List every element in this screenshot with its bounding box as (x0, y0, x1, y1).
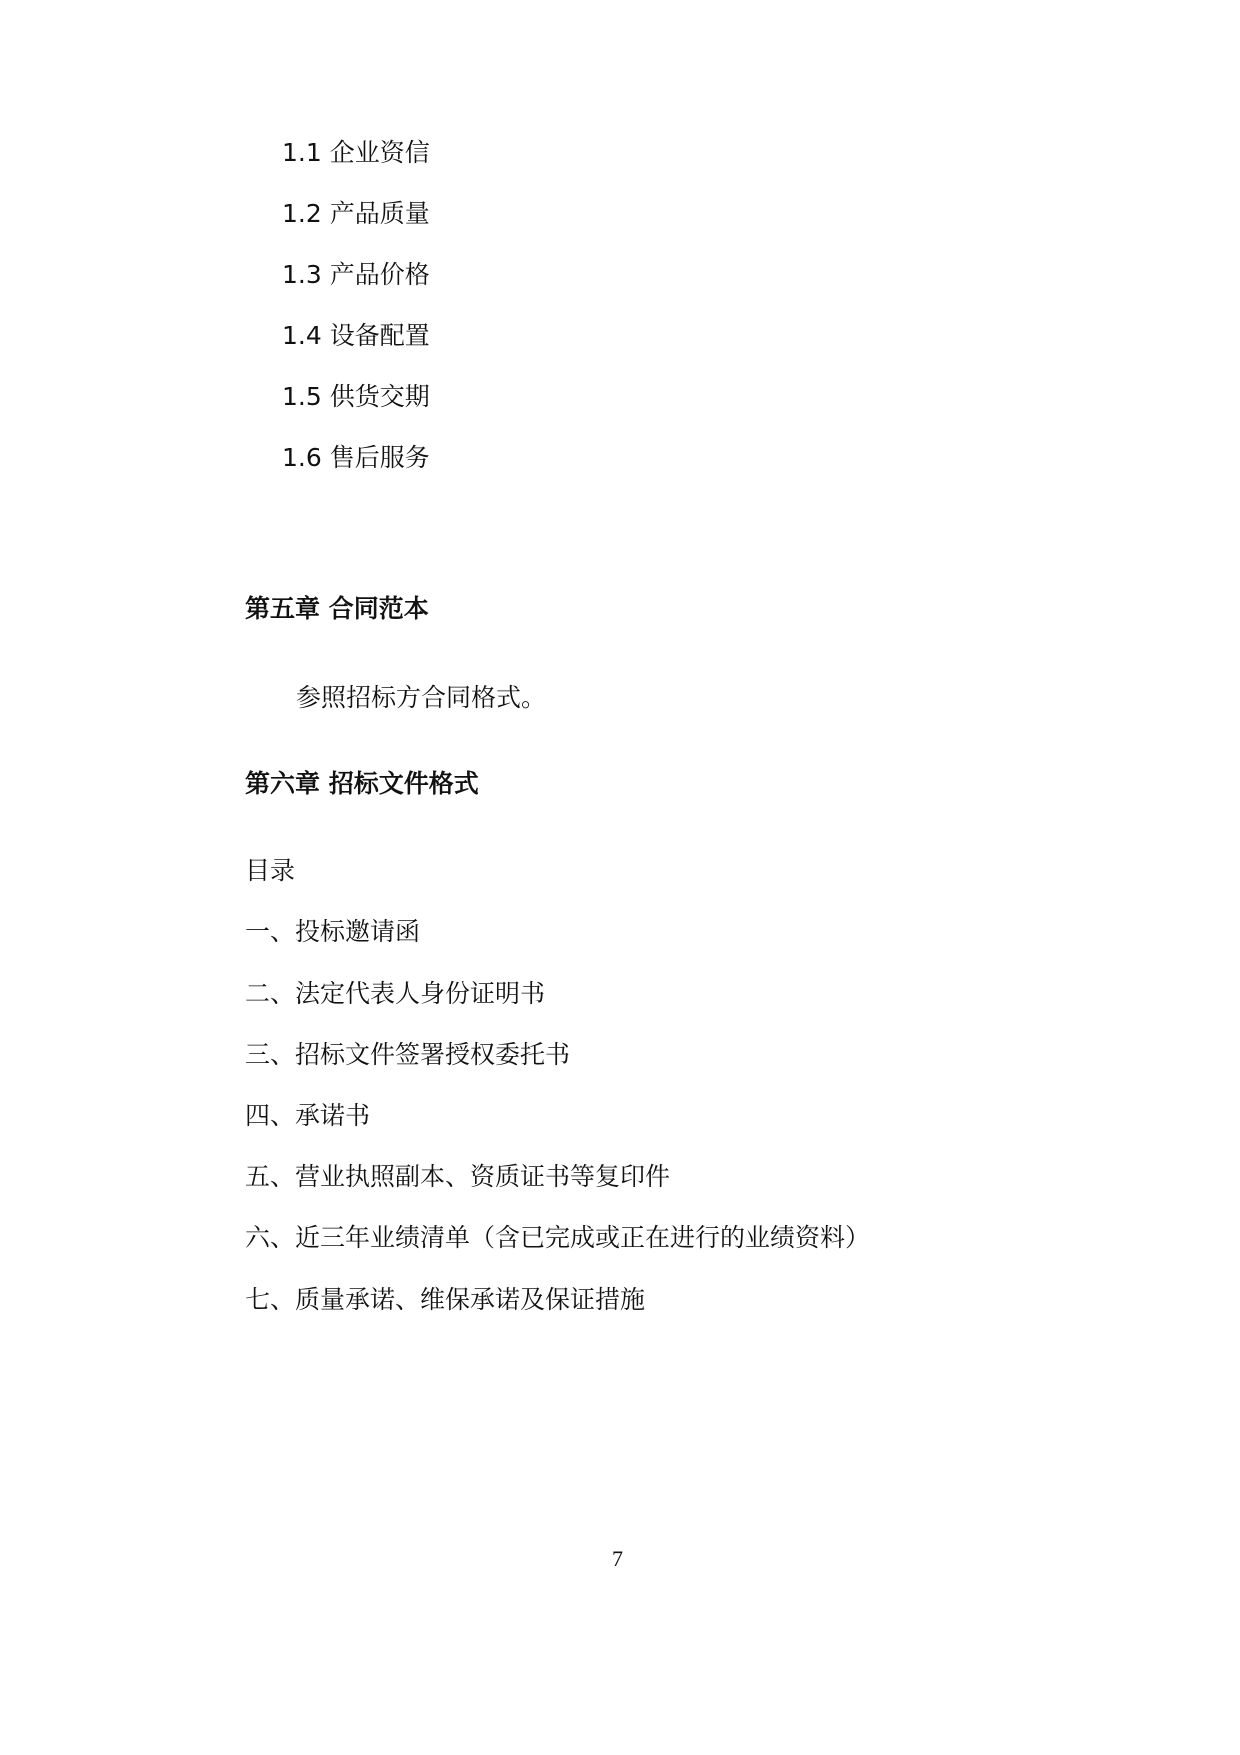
chapter5-body: 参照招标方合同格式。 (296, 683, 546, 713)
sub-item-1-1: 1.1 企业资信 (282, 138, 430, 168)
chapter5-heading: 第五章 合同范本 (245, 594, 429, 624)
sub-item-1-6: 1.6 售后服务 (282, 443, 430, 473)
chapter6-heading: 第六章 招标文件格式 (245, 769, 479, 799)
toc-item-1: 一、投标邀请函 (245, 917, 420, 947)
toc-item-5: 五、营业执照副本、资质证书等复印件 (245, 1162, 670, 1192)
page-number: 7 (612, 1546, 623, 1572)
sub-item-1-5: 1.5 供货交期 (282, 382, 430, 412)
sub-item-1-3: 1.3 产品价格 (282, 260, 430, 290)
toc-item-2: 二、法定代表人身份证明书 (245, 979, 545, 1009)
sub-item-1-2: 1.2 产品质量 (282, 199, 430, 229)
sub-item-1-4: 1.4 设备配置 (282, 321, 430, 351)
toc-item-4: 四、承诺书 (245, 1101, 370, 1131)
toc-title: 目录 (245, 856, 295, 886)
toc-item-6: 六、近三年业绩清单（含已完成或正在进行的业绩资料） (245, 1223, 870, 1253)
toc-item-3: 三、招标文件签署授权委托书 (245, 1040, 570, 1070)
toc-item-7: 七、质量承诺、维保承诺及保证措施 (245, 1285, 645, 1315)
